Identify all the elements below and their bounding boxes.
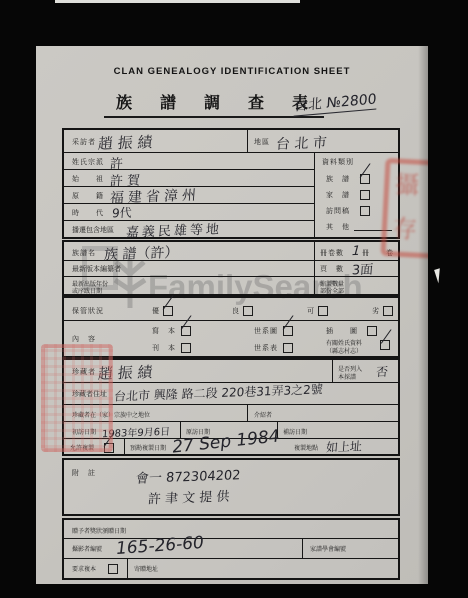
migration-label: 播遷包含地區 bbox=[72, 225, 114, 235]
microfilm-frame: CLAN GENEALOGY IDENTIFICATION SHEET 族 譜 … bbox=[0, 0, 468, 598]
book-name-label: 族譜名 bbox=[72, 248, 96, 258]
copy-place-label: 複製地點 bbox=[294, 443, 318, 452]
good-checkbox bbox=[243, 306, 253, 316]
content-option: 插 圖 bbox=[326, 326, 358, 336]
award-date-label: 贈予者獎狀頒贈日期 bbox=[72, 526, 126, 535]
volumes-value: 1 bbox=[351, 244, 360, 259]
footer-table: 贈予者獎狀頒贈日期 攝影者編號 165-26-60 家譜學會編號 要求複本 寄贈… bbox=[62, 518, 400, 580]
interview-draft-checkbox bbox=[360, 206, 370, 216]
printed-edition-checkbox bbox=[181, 343, 191, 353]
surname-material-sub: （縣志村志） bbox=[326, 346, 362, 355]
book-table: 族譜名 族 譜（許） 冊卷數 1 冊 卷 最新版本編纂者 頁 數 3面 最新出版… bbox=[62, 240, 400, 296]
cursor-arrow-icon bbox=[434, 267, 449, 284]
condition-option: 劣 bbox=[372, 306, 380, 316]
illustration-checkbox bbox=[367, 326, 377, 336]
copy-date-label: 預勘複製日期 bbox=[130, 443, 166, 452]
category-option-label: 其 他 bbox=[326, 222, 350, 232]
content-option: 世系表 bbox=[254, 343, 278, 353]
listed-label-line2: 本採譜 bbox=[338, 372, 356, 381]
pages-value: 3面 bbox=[351, 259, 374, 279]
founder-label: 始 祖 bbox=[72, 174, 104, 184]
copy-place-value: 如上址 bbox=[325, 437, 362, 455]
condition-label: 保管狀況 bbox=[72, 306, 104, 316]
editor-label: 最新版本編纂者 bbox=[72, 264, 121, 274]
faint-seal-stamp-icon bbox=[41, 344, 113, 452]
lineage-table-checkbox bbox=[283, 343, 293, 353]
fair-checkbox bbox=[318, 306, 328, 316]
origin-label: 原 籍 bbox=[72, 191, 104, 201]
introducer-label: 介紹者 bbox=[254, 410, 272, 419]
category-option-label: 訪問稿 bbox=[326, 206, 350, 216]
notes-line2: 許 聿 文 提 供 bbox=[147, 486, 230, 508]
pages-label: 頁 數 bbox=[320, 264, 344, 274]
era-label: 時 代 bbox=[72, 208, 104, 218]
photographer-number: 165-26-60 bbox=[115, 533, 204, 559]
society-number-label: 家譜學會編號 bbox=[310, 544, 346, 553]
book-name-value: 族 譜（許） bbox=[103, 242, 179, 265]
category-option-label: 族 譜 bbox=[326, 174, 350, 184]
pubyear-label-line2: 或序跋日期 bbox=[72, 286, 102, 295]
keeper-address-value: 台北市 興隆 路二段 220巷31弄3之2號 bbox=[113, 380, 323, 404]
manuscript-checkmark: ╱ bbox=[181, 319, 190, 328]
micro-label-line2: 部份全部 bbox=[320, 286, 344, 295]
listed-value: 否 bbox=[375, 363, 388, 380]
english-title: CLAN GENEALOGY IDENTIFICATION SHEET bbox=[36, 66, 428, 77]
content-option: 寫 本 bbox=[152, 326, 176, 336]
interviewer-value: 趙 振 績 bbox=[97, 131, 153, 154]
family-register-checkbox bbox=[360, 190, 370, 200]
content-option: 刊 本 bbox=[152, 343, 176, 353]
volume-unit: 冊 bbox=[362, 248, 370, 258]
notes-line1: 會一 872304202 bbox=[135, 464, 241, 487]
content-label: 內 容 bbox=[72, 334, 96, 344]
surname-label: 姓氏宗派 bbox=[72, 157, 104, 167]
migration-value: 嘉義民雄等地 bbox=[125, 218, 222, 240]
document-paper: CLAN GENEALOGY IDENTIFICATION SHEET 族 譜 … bbox=[36, 46, 428, 584]
photographer-label: 攝影者編號 bbox=[72, 544, 102, 553]
category-option-label: 家 譜 bbox=[326, 190, 350, 200]
condition-option: 優 bbox=[152, 306, 160, 316]
region-value: 台 北 市 bbox=[275, 132, 327, 154]
poor-checkbox bbox=[383, 306, 393, 316]
content-option: 世系圖 bbox=[254, 326, 278, 336]
film-edge-strip bbox=[55, 0, 300, 3]
notes-table: 附 註 會一 872304202 許 聿 文 提 供 bbox=[62, 458, 400, 516]
info-table: 采訪者 趙 振 績 地區 台 北 市 姓氏宗派 許 始 祖 許 賀 原 籍 福建… bbox=[62, 128, 400, 239]
notes-label: 附 註 bbox=[72, 468, 96, 478]
genealogy-checkmark: ╱ bbox=[360, 167, 369, 176]
category-label: 資料類別 bbox=[322, 157, 354, 167]
red-seal-stamp-icon: 攝製 存檔 bbox=[380, 158, 428, 260]
interviewer-label: 采訪者 bbox=[72, 137, 96, 147]
copy-request-checkbox bbox=[108, 564, 118, 574]
condition-option: 良 bbox=[232, 306, 240, 316]
volumes-label: 冊卷數 bbox=[320, 248, 344, 258]
followup-label: 補訪日期 bbox=[283, 427, 307, 436]
chinese-title: 族 譜 調 查 表 bbox=[104, 90, 324, 118]
excellent-checkmark: ╱ bbox=[163, 299, 172, 308]
era-value: 9代 bbox=[111, 204, 132, 222]
surname-material-checkmark: ╱ bbox=[381, 333, 390, 342]
lineage-chart-checkmark: ╱ bbox=[283, 319, 292, 328]
condition-option: 可 bbox=[307, 306, 315, 316]
copy-request-label: 要求複本 bbox=[72, 564, 96, 573]
region-label: 地區 bbox=[254, 137, 270, 147]
send-address-label: 寄贈地址 bbox=[134, 564, 158, 573]
